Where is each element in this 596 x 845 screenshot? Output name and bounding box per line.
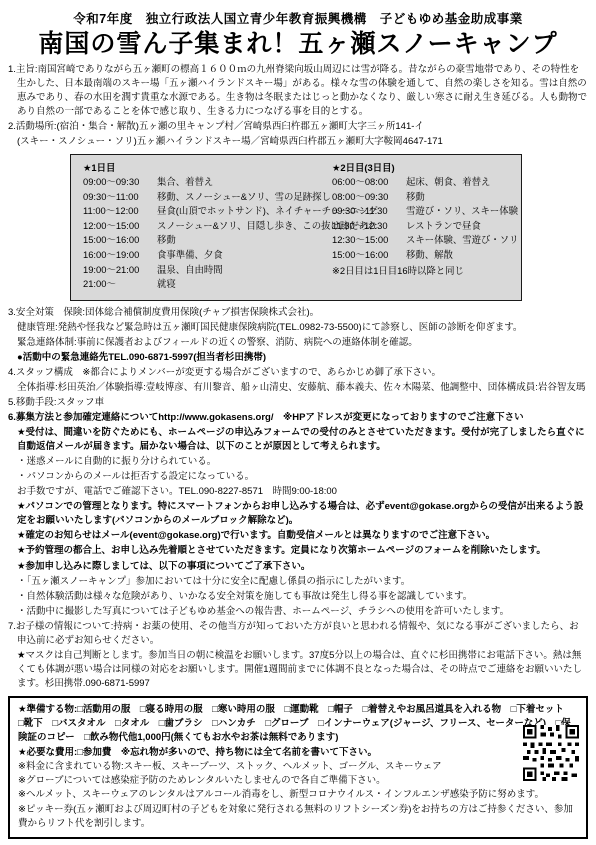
- schedule-row: 12:30～15:00スキー体験、雪遊び・ソリ: [332, 233, 519, 248]
- location-line-2: (スキー・スノシュー・ソリ)五ヶ瀬ハイランドスキー場／宮崎県西臼杵郡五ヶ瀬町大字…: [8, 135, 588, 149]
- schedule-activity: レストランで昼食: [400, 219, 519, 234]
- page-title: 南国の雪ん子集まれ！五ヶ瀬スノーキャンプ: [8, 30, 588, 59]
- schedule-row: 11:30～12:30レストランで昼食: [332, 219, 519, 234]
- schedule-activity: 移動: [151, 233, 318, 248]
- schedule-activity: 移動、スノーシュー&ソリ、雪の足跡探し: [151, 190, 331, 205]
- schedule-activity: 移動、解散: [400, 248, 519, 263]
- application-item: ・活動中に撮影した写真については子どもゆめ基金への報告書、ホームページ、チラシへ…: [8, 605, 588, 619]
- application-item: ・自然体験活動は様々な危険があり、いかなる安全対策を施しても事故は発生し得る事を…: [8, 590, 588, 604]
- emergency-contact-line: ●活動中の緊急連絡先TEL.090-6871-5997(担当者杉田携帯): [8, 351, 588, 365]
- checklist-included-line: ※料金に含まれている物:スキー板、スキーブーツ、ストック、ヘルメット、ゴーグル、…: [18, 760, 578, 774]
- schedule-row: 12:00～15:00スノーシュー&ソリ、目隠し歩き、この抜け跡だあれ: [83, 219, 318, 234]
- schedule-activity: 起床、朝食、着替え: [400, 175, 519, 190]
- schedule-row: 19:00～21:00温泉、自由時間: [83, 263, 318, 278]
- schedule-time: 11:00～12:00: [83, 204, 151, 219]
- schedule-day2-note: ※2日目は1日目16時以降と同じ: [332, 264, 519, 279]
- application-item: お手数ですが、電話でご確認下さい。TEL.090-8227-8571 時間9:0…: [8, 485, 588, 499]
- schedule-activity: 温泉、自由時間: [151, 263, 318, 278]
- checklist-box: ★準備する物:□活動用の服 □寝る時用の服 □寒い時用の服 □運動靴 □帽子 □…: [8, 696, 588, 839]
- application-item: ★パソコンでの管理となります。特にスマートフォンからお申し込みする場合は、必ずe…: [8, 500, 588, 528]
- staff-heading: 4.スタッフ構成 ※都合によりメンバーが変更する場合がございますので、あらかじめ…: [8, 366, 588, 380]
- page-subtitle: 令和7年度 独立行政法人国立青少年教育振興機構 子どもゆめ基金助成事業: [8, 10, 588, 29]
- schedule-activity: 食事準備、夕食: [151, 248, 318, 263]
- purpose-text: 1.主旨:南国宮崎でありながら五ヶ瀬町の標高１６００ｍの九州脊梁向坂山周辺には雪…: [8, 63, 588, 119]
- safety-emergency-system-line: 緊急連絡体制:事前に保護者およびフィールドの近くの警察、消防、病院への連絡体制を…: [8, 336, 588, 350]
- application-heading: 6.募集方法と参加確定連絡についてhttp://www.gokasens.org…: [8, 411, 588, 425]
- schedule-time: 19:00～21:00: [83, 263, 151, 278]
- application-item: ★参加申し込みに際しましては、以下の事項についてご了承下さい。: [8, 560, 588, 574]
- schedule-time: 12:30～15:00: [332, 233, 400, 248]
- location-line-1: 2.活動場所:(宿泊・集合・解散)五ヶ瀬の里キャンプ村／宮崎県西臼杵郡五ヶ瀬町大…: [8, 120, 588, 134]
- schedule-row: 09:00～09:30集合、着替え: [83, 175, 318, 190]
- schedule-row: 11:00～12:00昼食(山頂でホットサンド)、ネイチャーチューニング: [83, 204, 318, 219]
- checklist-rental-line: ※ヘルメット、スキーウェアのレンタルはアルコール消毒をし、新型コロナウイルス・イ…: [18, 788, 578, 802]
- application-item: ・パソコンからのメールは拒否する設定になっている。: [8, 470, 588, 484]
- checklist-items-line: ★準備する物:□活動用の服 □寝る時用の服 □寒い時用の服 □運動靴 □帽子 □…: [18, 703, 578, 746]
- schedule-row: 06:00～08:00起床、朝食、着替え: [332, 175, 519, 190]
- schedule-row: 08:00～09:30移動: [332, 190, 519, 205]
- schedule-activity: スキー体験、雪遊び・ソリ: [400, 233, 519, 248]
- schedule-row: 21:00～就寝: [83, 277, 318, 292]
- checklist-gloves-line: ※グローブについては感染症予防のためレンタルいたしませんので各自ご準備下さい。: [18, 774, 578, 788]
- checklist-lift-ticket-line: ※ピッキー券(五ヶ瀬町および周辺町村の子どもを対象に発行される無料のリフトシーズ…: [18, 803, 578, 832]
- flyer-page: 令和7年度 独立行政法人国立青少年教育振興機構 子どもゆめ基金助成事業 南国の雪…: [0, 0, 596, 845]
- schedule-time: 09:00～09:30: [83, 175, 151, 190]
- schedule-time: 21:00～: [83, 277, 151, 292]
- schedule-box: ★1日目 09:00～09:30集合、着替え 09:30～11:00移動、スノー…: [70, 154, 522, 301]
- application-item: ・迷惑メールに自動的に振り分けられている。: [8, 455, 588, 469]
- schedule-day2: ★2日目(3日目) 06:00～08:00起床、朝食、着替え 08:00～09:…: [332, 161, 519, 292]
- schedule-day1: ★1日目 09:00～09:30集合、着替え 09:30～11:00移動、スノー…: [83, 161, 318, 292]
- checklist-cost-line: ★必要な費用:□参加費 ※忘れ物が多いので、持ち物には全て名前を書いて下さい。: [18, 746, 578, 760]
- schedule-day2-title: ★2日目(3日目): [332, 161, 519, 176]
- safety-insurance-line: 3.安全対策 保険:団体総合補償制度費用保険(チャブ損害保険株式会社)。: [8, 306, 588, 320]
- schedule-time: 11:30～12:30: [332, 219, 400, 234]
- schedule-activity: 就寝: [151, 277, 318, 292]
- schedule-row: 09:30～11:00移動、スノーシュー&ソリ、雪の足跡探し: [83, 190, 318, 205]
- application-item: ★予約管理の都合上、お申し込み先着順とさせていただきます。定員になり次第ホームペ…: [8, 544, 588, 558]
- schedule-activity: 雪遊び・ソリ、スキー体験: [400, 204, 519, 219]
- schedule-row: 16:00～19:00食事準備、夕食: [83, 248, 318, 263]
- staff-members-line: 全体指導:杉田英治／体験指導:壹岐博彦、有川黎音、船ヶ山清史、安藤航、藤本義夫、…: [8, 381, 588, 395]
- schedule-time: 12:00～15:00: [83, 219, 151, 234]
- schedule-time: 16:00～19:00: [83, 248, 151, 263]
- schedule-time: 08:00～09:30: [332, 190, 400, 205]
- schedule-time: 09:30～11:30: [332, 204, 400, 219]
- application-item: ・「五ヶ瀬スノーキャンプ」参加においては十分に安全に配慮し係員の指示にしたがいま…: [8, 575, 588, 589]
- qr-code: [523, 725, 579, 781]
- safety-health-line: 健康管理:発熱や怪我など緊急時は五ヶ瀬町国民健康保険病院(TEL.0982-73…: [8, 321, 588, 335]
- schedule-day1-title: ★1日目: [83, 161, 318, 176]
- schedule-time: 15:00～16:00: [332, 248, 400, 263]
- schedule-row: 15:00～16:00移動、解散: [332, 248, 519, 263]
- schedule-time: 09:30～11:00: [83, 190, 151, 205]
- schedule-activity: 集合、着替え: [151, 175, 318, 190]
- schedule-row: 09:30～11:30雪遊び・ソリ、スキー体験: [332, 204, 519, 219]
- schedule-row: 15:00～16:00移動: [83, 233, 318, 248]
- child-info-line: 7.お子様の情報について:持病・お薬の使用、その他当方が知っておいた方が良いと思…: [8, 620, 588, 648]
- schedule-time: 06:00～08:00: [332, 175, 400, 190]
- child-info-mask-line: ★マスクは自己判断とします。参加当日の朝に検温をお願いします。37度5分以上の場…: [8, 649, 588, 691]
- application-item: ★受付は、間違いを防ぐためにも、ホームページの申込みフォームでの受付のみとさせて…: [8, 426, 588, 454]
- schedule-time: 15:00～16:00: [83, 233, 151, 248]
- schedule-activity: 移動: [400, 190, 519, 205]
- application-item: ★確定のお知らせはメール(event@gokase.org)で行います。自動受信…: [8, 529, 588, 543]
- transport-line: 5.移動手段:スタッフ車: [8, 396, 588, 410]
